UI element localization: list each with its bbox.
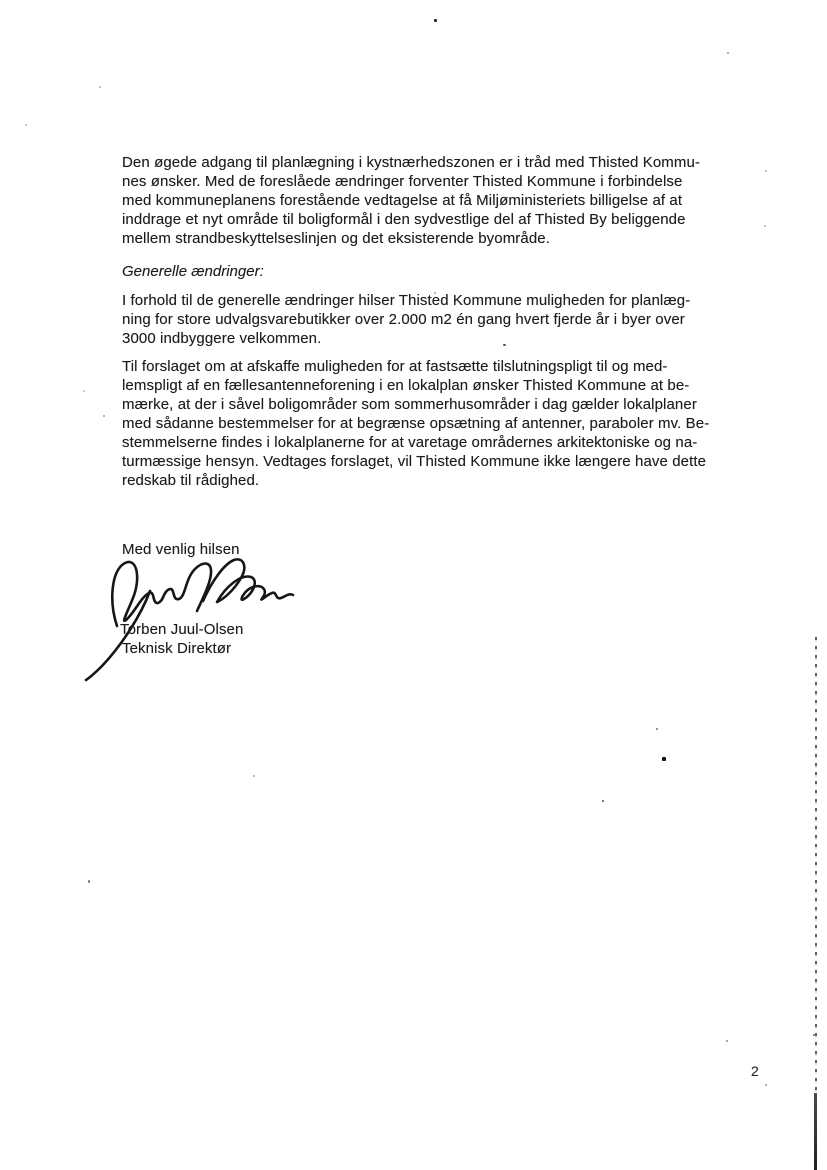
scan-speck [503, 344, 506, 346]
signer-name: Torben Juul-Olsen [120, 620, 243, 639]
scan-speck [727, 52, 729, 54]
signer-title: Teknisk Direktør [122, 639, 231, 658]
document-page: Den øgede adgang til planlægning i kystn… [0, 0, 827, 1170]
scan-speck [25, 124, 27, 126]
scan-artifact-dashed-line [815, 637, 817, 1093]
scan-speck [765, 170, 767, 172]
scan-speck [662, 757, 666, 761]
signature-stroke-olsen [203, 559, 293, 602]
scan-speck [83, 390, 85, 392]
scan-speck [726, 1040, 728, 1042]
scan-artifact-solid-line [814, 1093, 817, 1170]
signature-stroke-main [112, 562, 211, 626]
scan-speck [434, 19, 437, 22]
scan-speck [602, 800, 604, 802]
scan-speck [253, 775, 255, 777]
scan-speck [656, 728, 658, 730]
handwritten-signature [78, 548, 303, 688]
paragraph-generelle-aendringer: I forhold til de generelle ændringer hil… [122, 291, 690, 348]
paragraph-kystnaerhedszonen: Den øgede adgang til planlægning i kystn… [122, 153, 700, 248]
scan-speck [88, 880, 90, 883]
section-heading-generelle-aendringer: Generelle ændringer: [122, 262, 264, 281]
page-number: 2 [751, 1063, 759, 1079]
scan-speck [764, 225, 766, 227]
scan-speck [434, 292, 436, 294]
scan-speck [99, 86, 101, 88]
paragraph-faellesantenne: Til forslaget om at afskaffe muligheden … [122, 357, 709, 490]
scan-speck [765, 1084, 767, 1086]
scan-speck [103, 415, 105, 417]
